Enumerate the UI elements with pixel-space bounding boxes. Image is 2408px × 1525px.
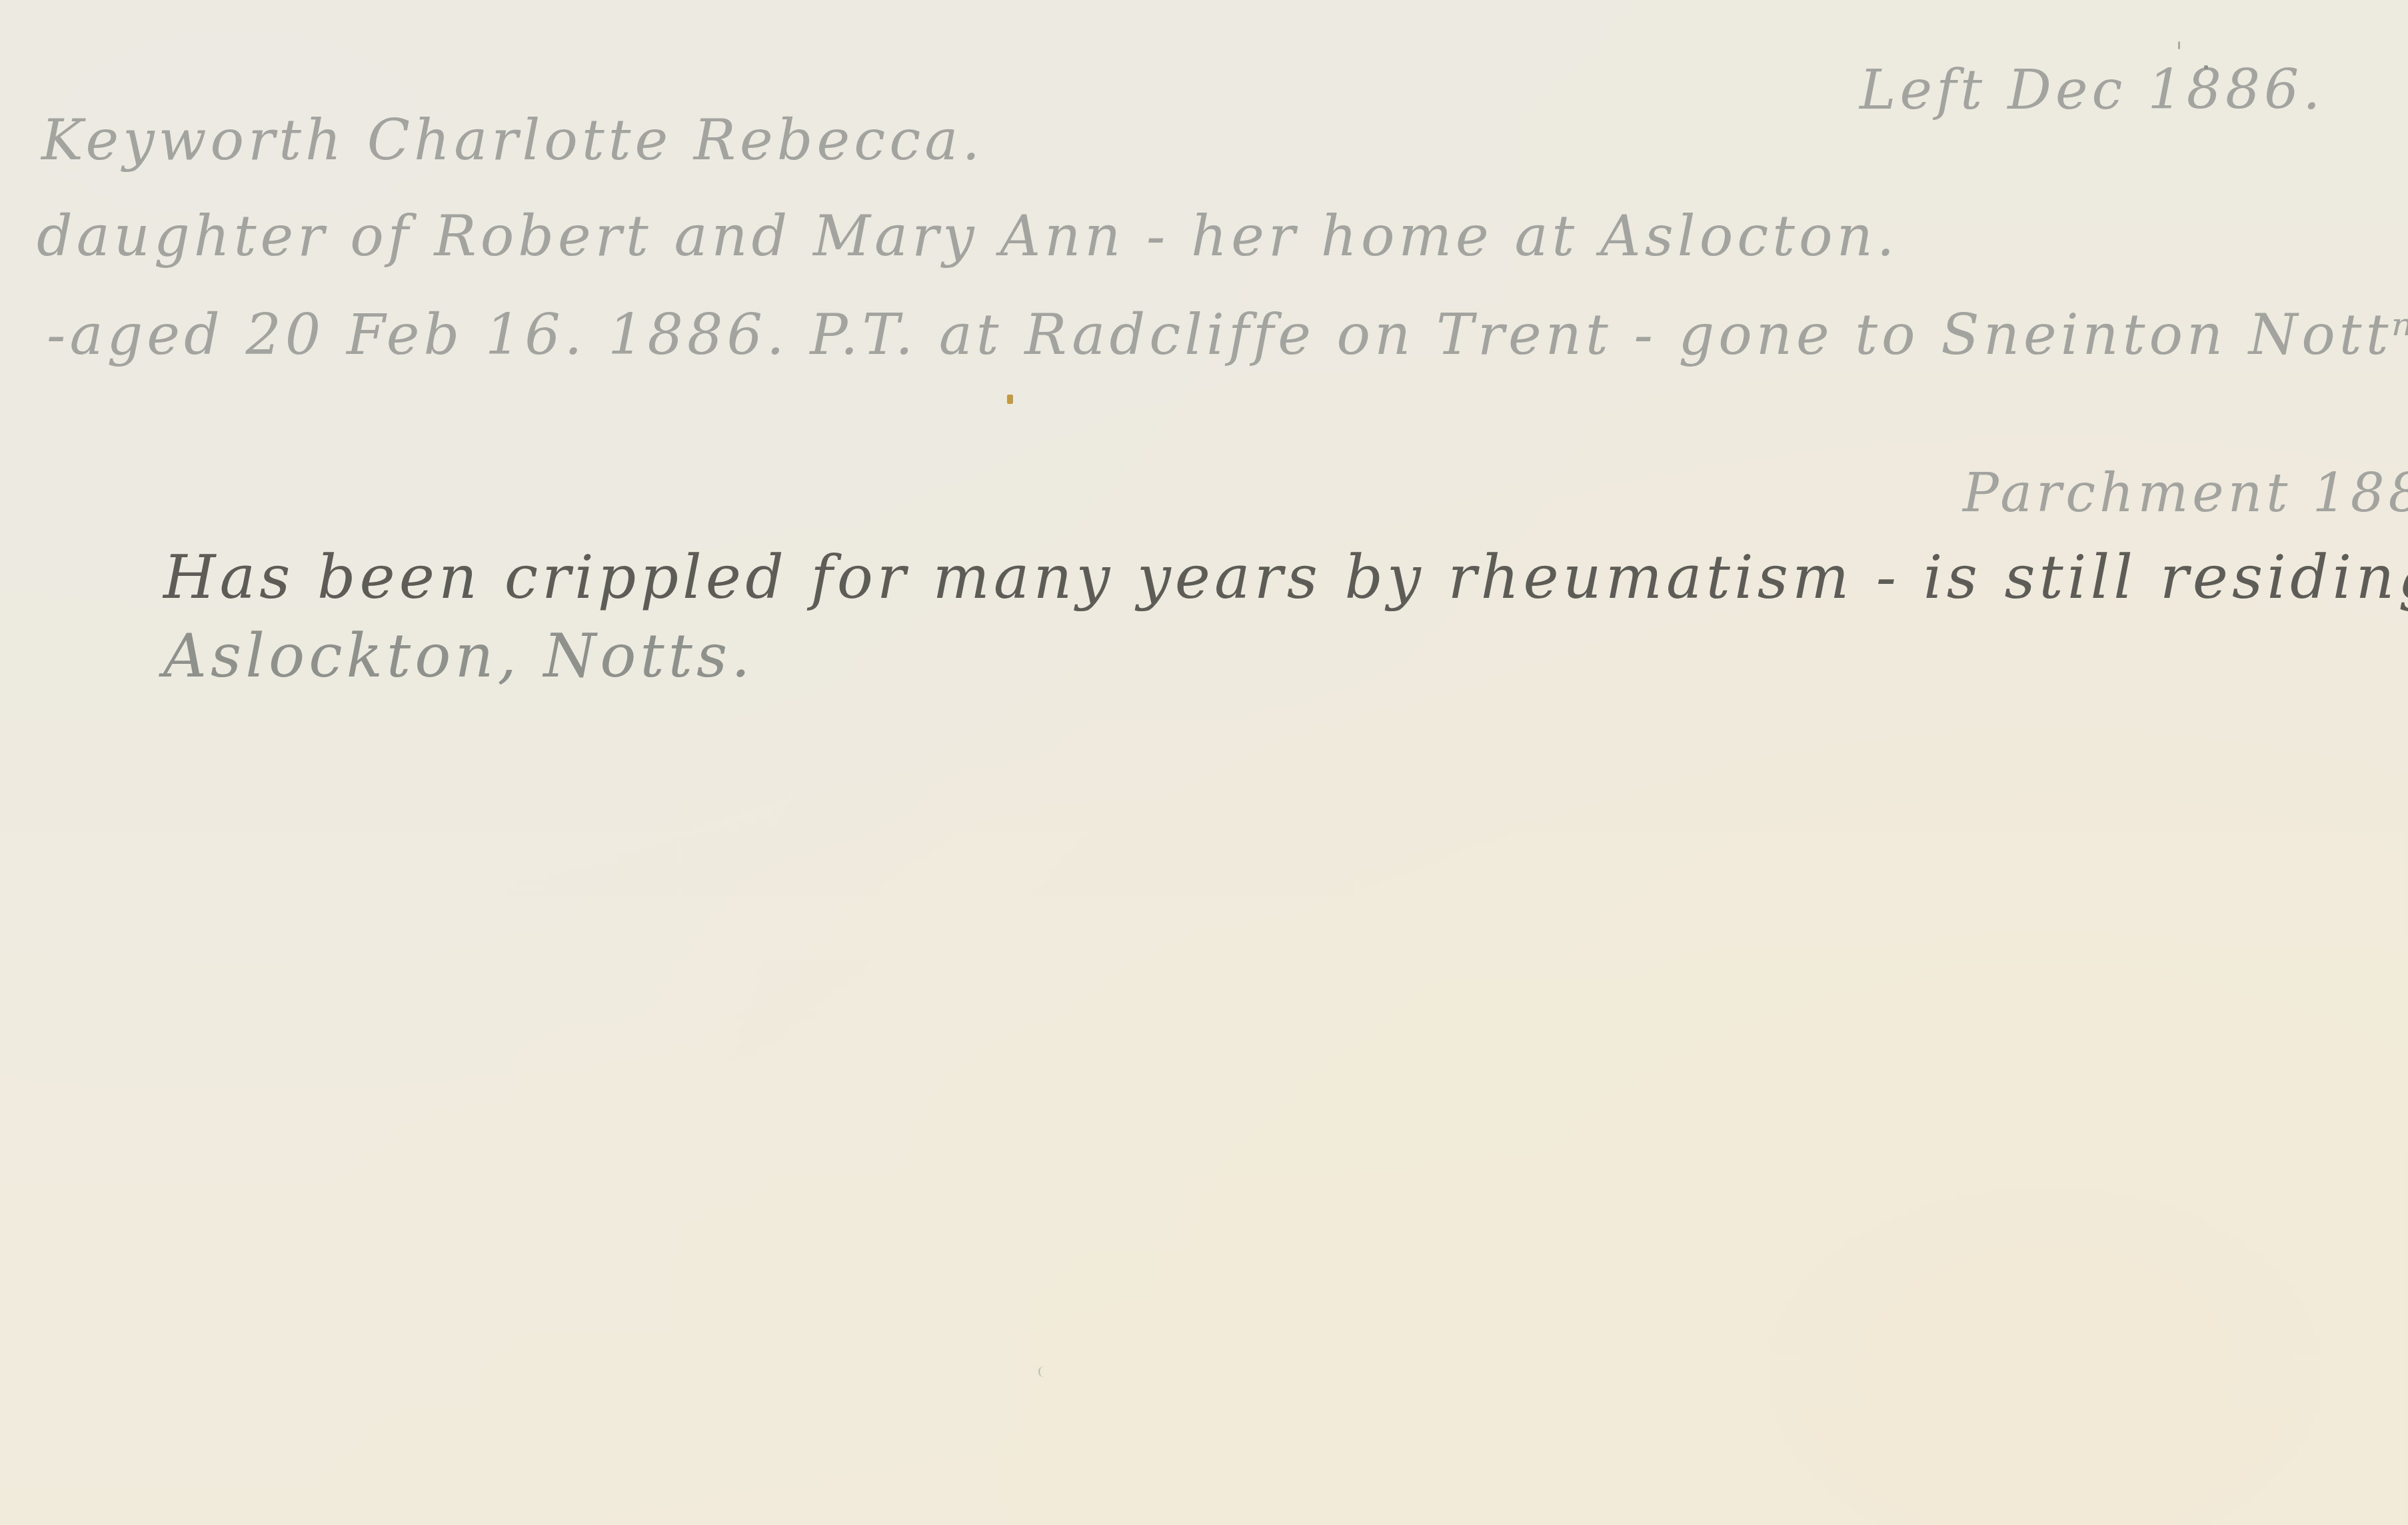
left-date-note: Left Dec 1886.: [1859, 63, 2324, 118]
paper-speck: [2204, 65, 2208, 69]
document-page: Left Dec 1886. Keyworth Charlotte Rebecc…: [0, 0, 2408, 1525]
paper-speck: [1007, 395, 1013, 404]
paper-mark: [1038, 1366, 1046, 1377]
entry-name: Keyworth Charlotte Rebecca.: [41, 112, 984, 168]
remark-line-1: Has been crippled for many years by rheu…: [163, 548, 2408, 608]
parchment-note: Parchment 1889: [1963, 467, 2408, 520]
remark-line-2: Aslockton, Notts.: [163, 627, 754, 687]
entry-details: -aged 20 Feb 16. 1886. P.T. at Radcliffe…: [47, 307, 2408, 363]
paper-speck: [2178, 41, 2180, 49]
entry-parents: daughter of Robert and Mary Ann - her ho…: [37, 208, 1898, 264]
